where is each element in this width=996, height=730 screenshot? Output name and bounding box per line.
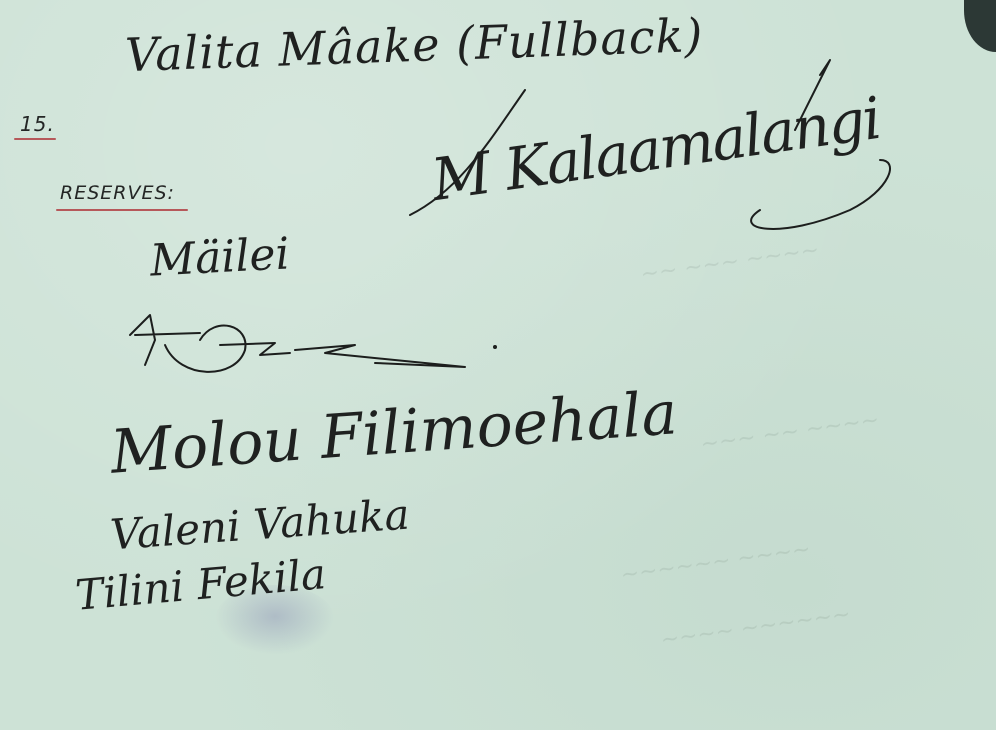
reserves-underline <box>56 209 188 211</box>
show-through-text: ~~~~ ~~~~~~ <box>659 602 852 653</box>
reserve-signature-3: Molou Filimoehala <box>108 378 679 487</box>
reserves-label: RESERVES: <box>60 182 175 204</box>
entry-number: 15. <box>20 112 55 136</box>
number-underline <box>14 138 56 140</box>
show-through-text: ~~~ ~~ ~~~~ <box>699 408 881 458</box>
main-signature-flourish <box>400 60 960 240</box>
torn-corner <box>964 0 996 52</box>
show-through-text: ~~ ~~~ ~~~~ <box>639 238 821 288</box>
reserve-signature-1: Mäilei <box>149 228 291 286</box>
show-through-text: ~~~~~~ ~~~~ <box>619 537 812 588</box>
reserve-signature-2 <box>125 305 505 385</box>
autograph-page: ~~ ~~~ ~~~~ ~~~ ~~ ~~~~ ~~~~~~ ~~~~ ~~~~… <box>0 0 996 730</box>
reserve-signature-4: Valeni Vahuka <box>109 490 411 560</box>
